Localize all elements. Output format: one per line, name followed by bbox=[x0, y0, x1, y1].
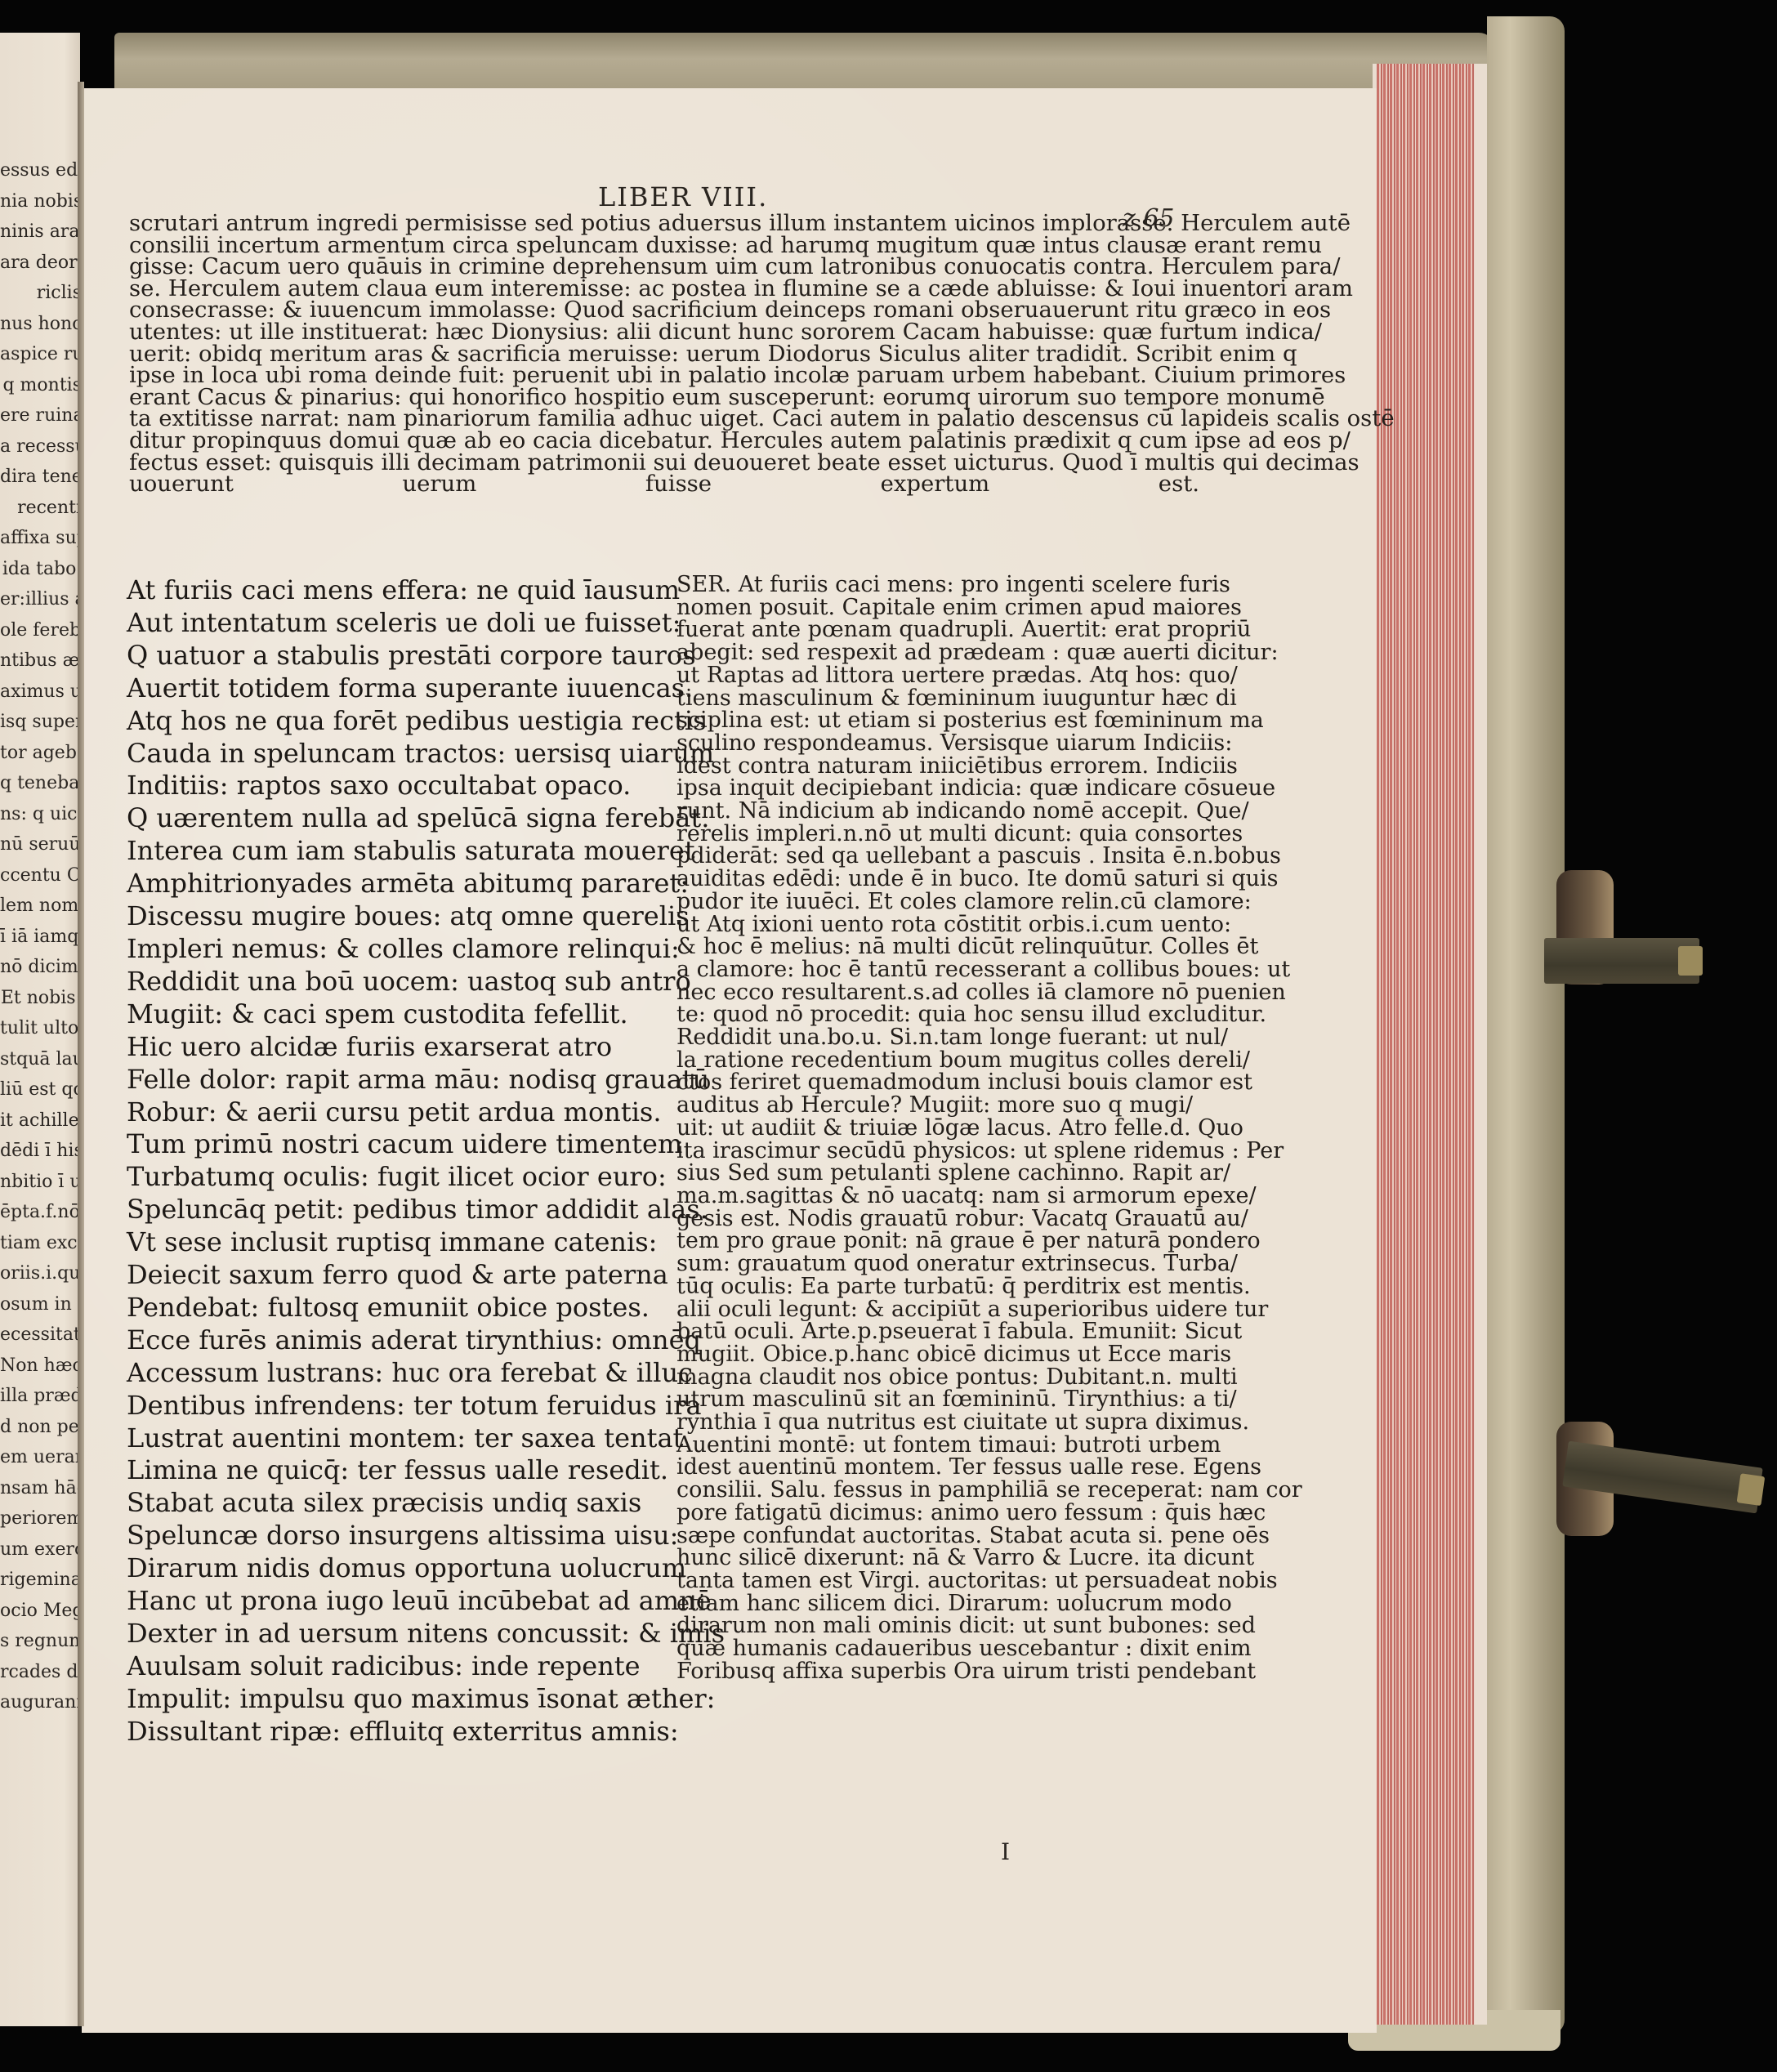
left-page-line: tor agebat bbox=[0, 738, 80, 769]
left-page-line: ida tabo. bbox=[0, 554, 80, 585]
prose-line: erant Cacus & pinarius: qui honorifico h… bbox=[129, 386, 1199, 409]
left-page-line: ccentu Cacus bbox=[0, 860, 80, 891]
left-page-line: nbitio ī uesti bbox=[0, 1167, 80, 1198]
commentary-line: ctos feriret quemadmodum inclusi bouis c… bbox=[676, 1071, 1191, 1094]
commentary-line: batū oculi. Arte.p.pseuerat ī fabula. Em… bbox=[676, 1320, 1191, 1343]
commentary-line: gesis est. Nodis grauatū robur: Vacatq G… bbox=[676, 1208, 1191, 1230]
left-page-line: ole ferebat. bbox=[0, 615, 80, 646]
clasp-upper bbox=[1544, 938, 1699, 984]
commentary-line: consilii. Salu. fessus in pamphiliā se r… bbox=[676, 1479, 1191, 1502]
verse-line: Auertit totidem forma superante iuuencas… bbox=[127, 672, 658, 705]
left-page-text-fragment: essus edēdi:nia nobisninis aramara deoru… bbox=[0, 155, 80, 1718]
left-page-line: essus edēdi: bbox=[0, 155, 80, 186]
commentary-line: etiam hanc silicem dici. Dirarum: uolucr… bbox=[676, 1592, 1191, 1615]
commentary-line: pdiderāt: sed qa uellebant a pascuis . I… bbox=[676, 845, 1191, 868]
commentary-line: tūq oculis: Ea parte turbatū: q̄ perditr… bbox=[676, 1275, 1191, 1298]
verse-line: Inditiis: raptos saxo occultabat opaco. bbox=[127, 770, 658, 802]
left-page-line: illa prædicat bbox=[0, 1381, 80, 1412]
commentary-line: sius Sed sum petulanti splene cachinno. … bbox=[676, 1162, 1191, 1185]
commentary-line: la ratione recedentium boum mugitus coll… bbox=[676, 1049, 1191, 1072]
verse-line: Cauda in speluncam tractos: uersisq uiar… bbox=[127, 738, 658, 770]
verse-line: Impleri nemus: & colles clamore relinqui… bbox=[127, 933, 658, 966]
left-page-line: nō dicimus bbox=[0, 952, 80, 983]
verse-line: At furiis caci mens effera: ne quid īaus… bbox=[127, 574, 658, 607]
commentary-line: SER. At furiis caci mens: pro ingenti sc… bbox=[676, 574, 1191, 596]
prose-line: scrutari antrum ingredi permisisse sed p… bbox=[129, 212, 1199, 234]
prose-paragraph: scrutari antrum ingredi permisisse sed p… bbox=[129, 212, 1199, 495]
gutter bbox=[78, 82, 84, 2026]
verse-line: Limina ne quicq̄: ter fessus ualle resed… bbox=[127, 1454, 658, 1487]
commentary-line: auditus ab Hercule? Mugiit: more suo q m… bbox=[676, 1094, 1191, 1117]
left-page-line: ēpta.f.nō libē bbox=[0, 1197, 80, 1228]
commentary-line: runt. Nā indicium ab indicando nomē acce… bbox=[676, 800, 1191, 823]
left-page-line: ī iā iamq la bbox=[0, 922, 80, 953]
left-page-line: d non penitus bbox=[0, 1412, 80, 1443]
commentary-line: abegit: sed respexit ad prædeam : quæ au… bbox=[676, 641, 1191, 664]
left-page-line: a recessu bbox=[0, 431, 80, 462]
prose-line: ipse in loca ubi roma deinde fuit: perue… bbox=[129, 364, 1199, 386]
verse-line: Stabat acuta silex præcisis undiq saxis bbox=[127, 1487, 658, 1520]
left-page-line: dēdi ī his fa/ bbox=[0, 1136, 80, 1167]
commentary-line: te: quod nō procedit: quia hoc sensu ill… bbox=[676, 1003, 1191, 1026]
left-page-line: affixa supbis bbox=[0, 523, 80, 554]
verse-line: Accessum lustrans: huc ora ferebat & ill… bbox=[127, 1357, 658, 1390]
left-page-line: recenti bbox=[0, 493, 80, 524]
left-page-line: liū est qcqd bbox=[0, 1074, 80, 1105]
verse-line: Robur: & aerii cursu petit ardua montis. bbox=[127, 1096, 658, 1129]
commentary-line: mugiit. Obice.p.hanc obicē dicimus ut Ec… bbox=[676, 1343, 1191, 1366]
commentary-line: idest auentinū montem. Ter fessus ualle … bbox=[676, 1456, 1191, 1479]
prose-line: uerit: obidq meritum aras & sacrificia m… bbox=[129, 343, 1199, 365]
commentary-line: fuerat ante pœnam quadrupli. Auertit: er… bbox=[676, 618, 1191, 641]
commentary-line: a clamore: hoc ē tantū recesserant a col… bbox=[676, 958, 1191, 981]
commentary-line: idest contra naturam iniiciētibus errore… bbox=[676, 755, 1191, 778]
commentary-line: hunc silicē dixerunt: nā & Varro & Lucre… bbox=[676, 1547, 1191, 1570]
left-page-line: oriis.i.quibus bbox=[0, 1258, 80, 1289]
left-page-line: q tenebat. bbox=[0, 768, 80, 799]
commentary-line: pore fatigatū dicimus: animo uero fessum… bbox=[676, 1502, 1191, 1525]
commentary-line: uit: ut audiit & triuiæ lōgæ lacus. Atro… bbox=[676, 1117, 1191, 1140]
verse-line: Q uærentem nulla ad spelūcā signa ferebā… bbox=[127, 802, 658, 835]
left-page-line: rcades duce/ bbox=[0, 1657, 80, 1688]
commentary-line: Foribusq affixa superbis Ora uirum trist… bbox=[676, 1660, 1191, 1683]
running-head: LIBER VIII. bbox=[598, 181, 768, 212]
left-page-line: q montis bbox=[0, 370, 80, 401]
verse-line: Impulit: impulsu quo maximus īsonat æthe… bbox=[127, 1683, 658, 1716]
commentary-line: tiens masculinum & fœmininum iuuguntur h… bbox=[676, 687, 1191, 710]
prose-line: fectus esset: quisquis illi decimam patr… bbox=[129, 452, 1199, 474]
commentary-line: ut Raptas ad littora uertere prædas. Atq… bbox=[676, 664, 1191, 687]
left-page-line: ntibus ætas bbox=[0, 645, 80, 677]
commentary-line: sciplina est: ut etiam si posterius est … bbox=[676, 709, 1191, 732]
commentary-line: nomen posuit. Capitale enim crimen apud … bbox=[676, 596, 1191, 619]
left-page-line: stquā laurē bbox=[0, 1044, 80, 1075]
left-page-line: ara deorum bbox=[0, 248, 80, 279]
verse-line: Reddidit una boū uocem: uastoq sub antro bbox=[127, 966, 658, 998]
commentary-line: tanta tamen est Virgi. auctoritas: ut pe… bbox=[676, 1570, 1191, 1592]
commentary-line: rerelis impleri.n.nō ut multi dicunt: qu… bbox=[676, 823, 1191, 846]
verse-line: Pendebat: fultosq emuniit obice postes. bbox=[127, 1292, 658, 1324]
left-page-line: Et nobis: bbox=[0, 983, 80, 1014]
verse-line: Dirarum nidis domus opportuna uolucrum bbox=[127, 1552, 658, 1585]
left-page-line: tiam excusat. bbox=[0, 1228, 80, 1259]
commentary-line: tem pro graue ponit: nā graue ē per natu… bbox=[676, 1230, 1191, 1253]
clasp-catch-upper bbox=[1678, 946, 1703, 976]
left-page-line: osum in epu/ bbox=[0, 1289, 80, 1320]
clasp-catch-lower bbox=[1737, 1473, 1766, 1506]
verse-line: Vt sese inclusit ruptisq immane catenis: bbox=[127, 1226, 658, 1259]
verse-line: Aut intentatum sceleris ue doli ue fuiss… bbox=[127, 607, 658, 640]
signature-mark: I bbox=[1001, 1838, 1010, 1865]
commentary-line: quæ humanis cadaueribus uescebantur : di… bbox=[676, 1637, 1191, 1660]
left-page-line: ere ruinam. bbox=[0, 400, 80, 431]
prose-line: ditur propinquus domui quæ ab eo cacia d… bbox=[129, 430, 1199, 452]
commentary-line: sæpe confundat auctoritas. Stabat acuta … bbox=[676, 1525, 1191, 1547]
commentary-line: ita irascimur secūdū physicos: ut splene… bbox=[676, 1140, 1191, 1163]
left-page-line: s regnum cir bbox=[0, 1626, 80, 1657]
verse-line: Tum primū nostri cacum uidere timentem bbox=[127, 1128, 658, 1161]
commentary-line: sum: grauatum quod oneratur extrinsecus.… bbox=[676, 1253, 1191, 1275]
commentary-line: nec ecco resultarent.s.ad colles iā clam… bbox=[676, 981, 1191, 1004]
left-page-line: aspice rupē: bbox=[0, 339, 80, 370]
left-page-line: auguranfi bbox=[0, 1687, 80, 1718]
verse-column: At furiis caci mens effera: ne quid īaus… bbox=[127, 574, 658, 1748]
left-page-line: er:illius atros bbox=[0, 584, 80, 615]
commentary-line: rynthia ī qua nutritus est ciuitate ut s… bbox=[676, 1411, 1191, 1434]
verse-line: Lustrat auentini montem: ter saxea tenta… bbox=[127, 1422, 658, 1455]
prose-line: uouerunt uerum fuisse expertum est. bbox=[129, 473, 1199, 495]
left-page-line: Non hæc so/ bbox=[0, 1351, 80, 1382]
left-page-line: riclis bbox=[0, 278, 80, 309]
commentary-line: sculino respondeamus. Versisque uiarum I… bbox=[676, 732, 1191, 755]
commentary-line: Reddidit una.bo.u. Si.n.tam longe fueran… bbox=[676, 1026, 1191, 1049]
verse-line: Dexter in ad uersum nitens concussit: & … bbox=[127, 1618, 658, 1650]
left-page-line: it achilles. bbox=[0, 1105, 80, 1136]
left-page-line: em ueram sciē bbox=[0, 1442, 80, 1473]
left-page-line: dira tenebat bbox=[0, 462, 80, 493]
left-page-line: nus honores bbox=[0, 309, 80, 340]
prose-line: ta extitisse narrat: nam pinariorum fami… bbox=[129, 408, 1199, 430]
left-page-line: rigemina por bbox=[0, 1565, 80, 1596]
commentary-line: ma.m.sagittas & nō uacatq: nam si armoru… bbox=[676, 1185, 1191, 1208]
verse-line: Felle dolor: rapit arma māu: nodisq grau… bbox=[127, 1064, 658, 1096]
verse-line: Discessu mugire boues: atq omne querelis bbox=[127, 900, 658, 933]
prose-line: consilii incertum armentum circa spelunc… bbox=[129, 234, 1199, 257]
left-page-line: nia nobis bbox=[0, 186, 80, 217]
left-page-line: nsam hāc aspi bbox=[0, 1473, 80, 1504]
commentary-line: dirarum non mali ominis dicit: ut sunt b… bbox=[676, 1614, 1191, 1637]
verse-line: Atq hos ne qua forēt pedibus uestigia re… bbox=[127, 705, 658, 738]
verse-line: Q uatuor a stabulis prestāti corpore tau… bbox=[127, 640, 658, 672]
verse-line: Auulsam soluit radicibus: inde repente bbox=[127, 1650, 658, 1683]
commentary-line: ut Atq ixioni uento rota cōstitit orbis.… bbox=[676, 913, 1191, 936]
verse-line: Hic uero alcidæ furiis exarserat atro bbox=[127, 1031, 658, 1064]
verse-line: Amphitrionyades armēta abitumq pararet: bbox=[127, 868, 658, 900]
left-page-line: ns: q uicina oia bbox=[0, 799, 80, 830]
left-page-line: ecessitatē epu bbox=[0, 1320, 80, 1351]
verse-line: Ecce furēs animis aderat tirynthius: omn… bbox=[127, 1324, 658, 1357]
left-page-line: isq superbus bbox=[0, 707, 80, 738]
left-page-line: periorem su/ bbox=[0, 1503, 80, 1534]
left-page-line: lem nominis bbox=[0, 891, 80, 922]
left-page-line: tulit ultor. bbox=[0, 1013, 80, 1044]
left-page-line: um exerceret bbox=[0, 1534, 80, 1565]
commentary-line: & hoc ē melius: nā multi dicūt relinquūt… bbox=[676, 936, 1191, 958]
verse-line: Deiecit saxum ferro quod & arte paterna bbox=[127, 1259, 658, 1292]
verse-line: Dentibus infrendens: ter totum feruidus … bbox=[127, 1390, 658, 1422]
prose-line: gisse: Cacum uero quāuis in crimine depr… bbox=[129, 256, 1199, 278]
commentary-line: alii oculi legunt: & accipiūt a superior… bbox=[676, 1298, 1191, 1321]
left-page-line: nū seruū ac furē bbox=[0, 829, 80, 860]
commentary-line: ipsa inquit decipiebant indicia: quæ ind… bbox=[676, 777, 1191, 800]
verse-line: Mugiit: & caci spem custodita fefellit. bbox=[127, 998, 658, 1031]
verse-line: Turbatumq oculis: fugit ilicet ocior eur… bbox=[127, 1161, 658, 1194]
prose-line: utentes: ut ille instituerat: hæc Dionys… bbox=[129, 321, 1199, 343]
commentary-column: SER. At furiis caci mens: pro ingenti sc… bbox=[676, 574, 1191, 1682]
verse-line: Dissultant ripæ: effluitq exterritus amn… bbox=[127, 1716, 658, 1748]
commentary-line: auiditas edēdi: unde ē in buco. Ite domū… bbox=[676, 868, 1191, 891]
red-stained-page-edges bbox=[1377, 64, 1475, 2025]
commentary-line: utrum masculinū sit an fœmininū. Tirynth… bbox=[676, 1388, 1191, 1411]
left-page-line: ninis aram bbox=[0, 217, 80, 248]
left-page-line: aximus ultor bbox=[0, 677, 80, 708]
commentary-line: Auentini montē: ut fontem timaui: butrot… bbox=[676, 1434, 1191, 1457]
prose-line: consecrasse: & iuuencum immolasse: Quod … bbox=[129, 299, 1199, 321]
commentary-line: magna claudit nos obice pontus: Dubitant… bbox=[676, 1366, 1191, 1389]
vellum-cover-fore-edge bbox=[1487, 16, 1565, 2034]
commentary-line: pudor ite iuuēci. Et coles clamore relin… bbox=[676, 891, 1191, 913]
verse-line: Speluncāq petit: pedibus timor addidit a… bbox=[127, 1194, 658, 1226]
verse-line: Interea cum iam stabulis saturata mouere… bbox=[127, 835, 658, 868]
left-page-line: ocio Megalo bbox=[0, 1596, 80, 1627]
verse-line: Hanc ut prona iugo leuū incūbebat ad amn… bbox=[127, 1585, 658, 1618]
verse-line: Speluncæ dorso insurgens altissima uisu: bbox=[127, 1520, 658, 1552]
prose-line: se. Herculem autem claua eum interemisse… bbox=[129, 278, 1199, 300]
